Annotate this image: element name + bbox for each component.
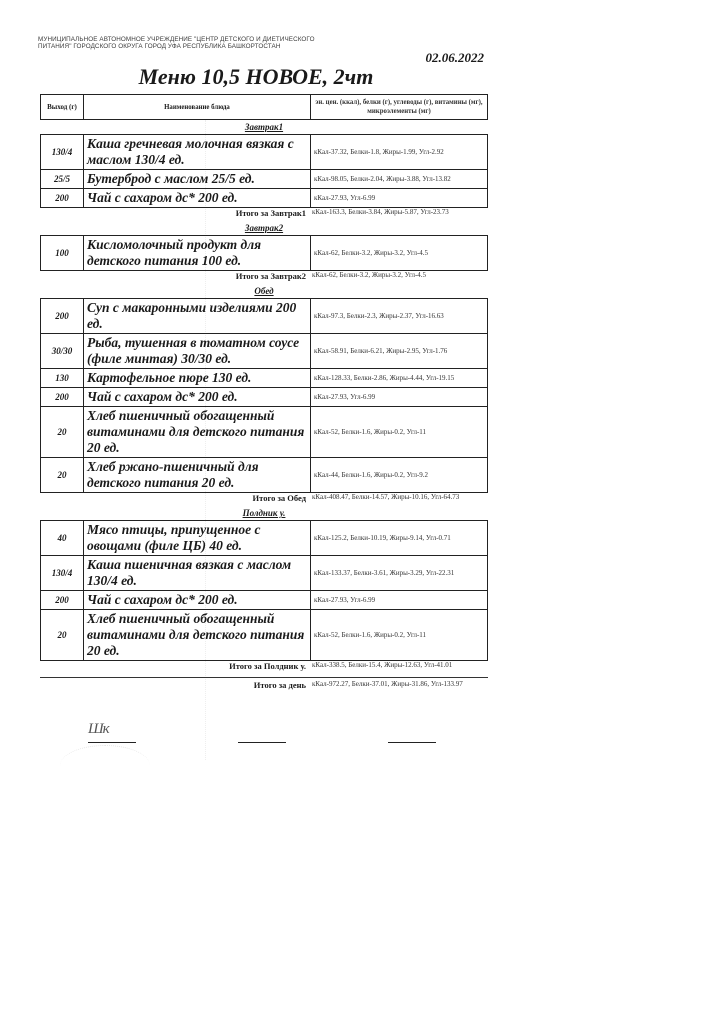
- section-title: Завтрак1: [40, 120, 488, 134]
- section-total-label: Итого за Завтрак2: [40, 271, 310, 284]
- dish-name: Чай с сахаром дс* 200 ед.: [84, 591, 311, 610]
- section-total-row: Итого за ОбедкКал-408.47, Белки-14.57, Ж…: [40, 493, 488, 506]
- table-row: 20Хлеб пшеничный обогащенный витаминами …: [41, 610, 488, 661]
- table-row: 40Мясо птицы, припущенное с овощами (фил…: [41, 521, 488, 556]
- section-title: Завтрак2: [40, 221, 488, 235]
- dish-name: Хлеб пшеничный обогащенный витаминами дл…: [84, 610, 311, 661]
- section-total-row: Итого за Завтрак1кКал-163.3, Белки-3.84,…: [40, 208, 488, 221]
- col-nutrition-header: эн. цен. (ккал), белки (г), углеводы (г)…: [311, 95, 488, 120]
- dish-name: Хлеб пшеничный обогащенный витаминами дл…: [84, 407, 311, 458]
- table-row: 200Чай с сахаром дс* 200 ед.кКал-27.93, …: [41, 189, 488, 208]
- section-total-value: кКал-338.5, Белки-15.4, Жиры-12.63, Угл-…: [310, 661, 488, 674]
- dish-output: 200: [41, 388, 84, 407]
- meal-table: 40Мясо птицы, припущенное с овощами (фил…: [40, 520, 488, 661]
- signature-line-3: [388, 742, 436, 743]
- dish-output: 130/4: [41, 556, 84, 591]
- dish-output: 200: [41, 591, 84, 610]
- day-total-label: Итого за день: [40, 680, 310, 693]
- meal-table: 100Кисломолочный продукт для детского пи…: [40, 235, 488, 271]
- dish-name: Картофельное пюре 130 ед.: [84, 369, 311, 388]
- table-row: 130/4Каша пшеничная вязкая с маслом 130/…: [41, 556, 488, 591]
- dish-nutrition: кКал-52, Белки-1.6, Жиры-0.2, Угл-11: [311, 407, 488, 458]
- title-wrapper: Меню 10,5 НОВОЕ, 2чт: [0, 64, 724, 90]
- section-total-value: кКал-408.47, Белки-14.57, Жиры-10.16, Уг…: [310, 493, 488, 506]
- dish-nutrition: кКал-52, Белки-1.6, Жиры-0.2, Угл-11: [311, 610, 488, 661]
- dish-name: Рыба, тушенная в томатном соусе (филе ми…: [84, 334, 311, 369]
- dish-output: 40: [41, 521, 84, 556]
- menu-header-table: Выход (г) Наименование блюда эн. цен. (к…: [40, 94, 488, 120]
- dish-nutrition: кКал-44, Белки-1.6, Жиры-0.2, Угл-9.2: [311, 458, 488, 493]
- section-total-label: Итого за Полдник у.: [40, 661, 310, 674]
- dish-nutrition: кКал-27.93, Угл-6.99: [311, 388, 488, 407]
- dish-name: Каша пшеничная вязкая с маслом 130/4 ед.: [84, 556, 311, 591]
- dish-nutrition: кКал-58.91, Белки-6.21, Жиры-2.95, Угл-1…: [311, 334, 488, 369]
- dish-nutrition: кКал-133.37, Белки-3.61, Жиры-3.29, Угл-…: [311, 556, 488, 591]
- meal-sections: Завтрак1130/4Каша гречневая молочная вяз…: [40, 120, 488, 674]
- table-row: 20Хлеб ржано-пшеничный для детского пита…: [41, 458, 488, 493]
- menu-document: Выход (г) Наименование блюда эн. цен. (к…: [40, 94, 488, 693]
- table-row: 30/30Рыба, тушенная в томатном соусе (фи…: [41, 334, 488, 369]
- table-row: 100Кисломолочный продукт для детского пи…: [41, 236, 488, 271]
- table-row: 200Чай с сахаром дс* 200 ед.кКал-27.93, …: [41, 591, 488, 610]
- table-row: 25/5Бутерброд с маслом 25/5 ед.кКал-98.0…: [41, 170, 488, 189]
- dish-output: 130: [41, 369, 84, 388]
- dish-output: 25/5: [41, 170, 84, 189]
- dish-nutrition: кКал-97.3, Белки-2.3, Жиры-2.37, Угл-16.…: [311, 299, 488, 334]
- table-row: 20Хлеб пшеничный обогащенный витаминами …: [41, 407, 488, 458]
- dish-nutrition: кКал-128.33, Белки-2.86, Жиры-4.44, Угл-…: [311, 369, 488, 388]
- dish-output: 100: [41, 236, 84, 271]
- signature-line-2: [238, 742, 286, 743]
- dish-name: Суп с макаронными изделиями 200 ед.: [84, 299, 311, 334]
- section-total-value: кКал-163.3, Белки-3.84, Жиры-5.87, Угл-2…: [310, 208, 488, 221]
- dish-nutrition: кКал-62, Белки-3.2, Жиры-3.2, Угл-4.5: [311, 236, 488, 271]
- dish-output: 130/4: [41, 135, 84, 170]
- signature-line-1: [88, 742, 136, 743]
- meal-table: 130/4Каша гречневая молочная вязкая с ма…: [40, 134, 488, 208]
- dish-nutrition: кКал-98.05, Белки-2.04, Жиры-3.88, Угл-1…: [311, 170, 488, 189]
- dish-nutrition: кКал-37.32, Белки-1.8, Жиры-1.99, Угл-2.…: [311, 135, 488, 170]
- dish-output: 30/30: [41, 334, 84, 369]
- dish-name: Чай с сахаром дс* 200 ед.: [84, 189, 311, 208]
- col-output-header: Выход (г): [41, 95, 84, 120]
- dish-name: Кисломолочный продукт для детского питан…: [84, 236, 311, 271]
- meal-table: 200Суп с макаронными изделиями 200 ед.кК…: [40, 298, 488, 493]
- dish-name: Хлеб ржано-пшеничный для детского питани…: [84, 458, 311, 493]
- signature: Шк: [88, 721, 109, 738]
- section-title: Полдник у.: [40, 506, 488, 520]
- dish-output: 200: [41, 189, 84, 208]
- table-row: 130Картофельное пюре 130 ед.кКал-128.33,…: [41, 369, 488, 388]
- section-total-label: Итого за Завтрак1: [40, 208, 310, 221]
- day-total-value: кКал-972.27, Белки-37.01, Жиры-31.86, Уг…: [310, 680, 488, 693]
- dish-output: 200: [41, 299, 84, 334]
- section-total-row: Итого за Полдник у.кКал-338.5, Белки-15.…: [40, 661, 488, 674]
- organization-name: Муниципальное автономное учреждение "Цен…: [38, 36, 328, 51]
- col-name-header: Наименование блюда: [84, 95, 311, 120]
- table-row: 200Чай с сахаром дс* 200 ед.кКал-27.93, …: [41, 388, 488, 407]
- dish-name: Чай с сахаром дс* 200 ед.: [84, 388, 311, 407]
- day-total-row: Итого за день кКал-972.27, Белки-37.01, …: [40, 677, 488, 693]
- stamp-mark: [60, 745, 150, 786]
- dish-nutrition: кКал-125.2, Белки-10.19, Жиры-9.14, Угл-…: [311, 521, 488, 556]
- dish-nutrition: кКал-27.93, Угл-6.99: [311, 189, 488, 208]
- menu-title: Меню 10,5 НОВОЕ, 2чт: [139, 64, 374, 90]
- table-row: 130/4Каша гречневая молочная вязкая с ма…: [41, 135, 488, 170]
- dish-output: 20: [41, 407, 84, 458]
- dish-nutrition: кКал-27.93, Угл-6.99: [311, 591, 488, 610]
- section-total-label: Итого за Обед: [40, 493, 310, 506]
- dish-name: Бутерброд с маслом 25/5 ед.: [84, 170, 311, 189]
- section-total-row: Итого за Завтрак2кКал-62, Белки-3.2, Жир…: [40, 271, 488, 284]
- dish-name: Каша гречневая молочная вязкая с маслом …: [84, 135, 311, 170]
- table-header-row: Выход (г) Наименование блюда эн. цен. (к…: [41, 95, 488, 120]
- table-row: 200Суп с макаронными изделиями 200 ед.кК…: [41, 299, 488, 334]
- dish-output: 20: [41, 458, 84, 493]
- dish-output: 20: [41, 610, 84, 661]
- section-title: Обед: [40, 284, 488, 298]
- section-total-value: кКал-62, Белки-3.2, Жиры-3.2, Угл-4.5: [310, 271, 488, 284]
- dish-name: Мясо птицы, припущенное с овощами (филе …: [84, 521, 311, 556]
